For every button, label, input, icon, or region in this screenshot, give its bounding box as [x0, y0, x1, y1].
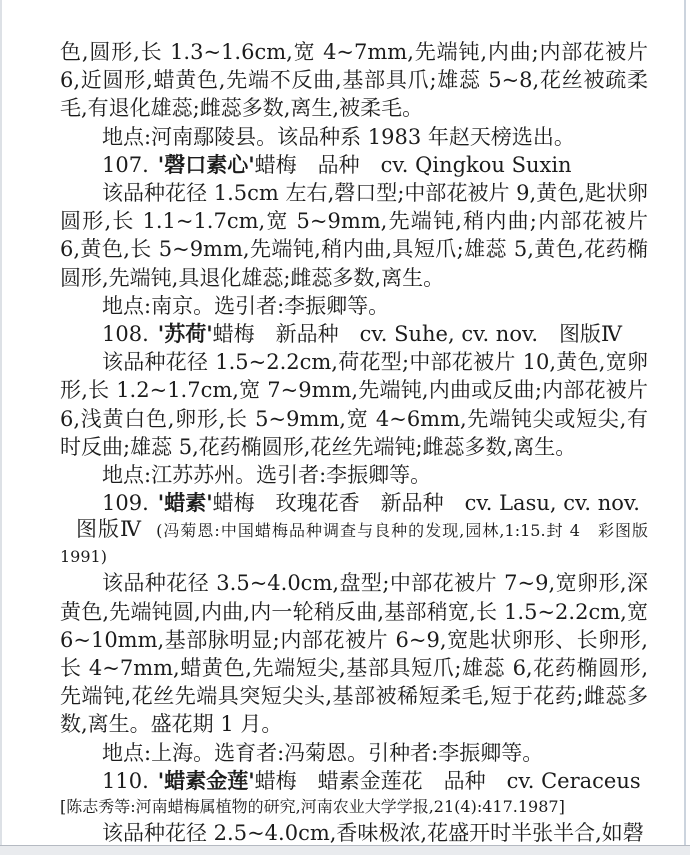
- heading-110-cultivar-name: '蜡素金莲': [158, 768, 255, 793]
- line-108-location: 地点:江苏苏州。选引者:李振卿等。: [60, 461, 648, 489]
- heading-108-title: 蜡梅 新品种 cv. Suhe, cv. nov. 图版Ⅳ: [213, 322, 622, 346]
- heading-108: 108.'苏荷'蜡梅 新品种 cv. Suhe, cv. nov. 图版Ⅳ: [60, 320, 648, 348]
- heading-107-cultivar-name: '磬口素心': [158, 152, 255, 177]
- paragraph-109-description: 该品种花径 3.5~4.0cm,盘型;中部花被片 7~9,宽卵形,深黄色,先端钝…: [60, 569, 648, 738]
- line-107-location: 地点:南京。选引者:李振卿等。: [60, 292, 648, 320]
- paragraph-106-continuation: 色,圆形,长 1.3~1.6cm,宽 4~7mm,先端钝,内曲;内部花被片 6,…: [60, 38, 648, 123]
- heading-107: 107.'磬口素心'蜡梅 品种 cv. Qingkou Suxin: [60, 151, 648, 179]
- heading-109-number: 109.: [102, 491, 149, 515]
- line-106-location: 地点:河南鄢陵县。该品种系 1983 年赵天榜选出。: [60, 123, 648, 151]
- line-109-location: 地点:上海。选育者:冯菊恩。引种者:李振卿等。: [60, 739, 648, 767]
- heading-108-cultivar-name: '苏荷': [158, 321, 213, 346]
- heading-110-number: 110.: [102, 769, 149, 793]
- heading-107-title: 蜡梅 品种 cv. Qingkou Suxin: [255, 153, 572, 177]
- page-text-block: 色,圆形,长 1.3~1.6cm,宽 4~7mm,先端钝,内曲;内部花被片 6,…: [60, 38, 648, 847]
- scanned-page: 色,圆形,长 1.3~1.6cm,宽 4~7mm,先端钝,内曲;内部花被片 6,…: [0, 0, 690, 855]
- page-right-edge: [684, 0, 686, 855]
- heading-110-title: 蜡梅 蜡素金莲花 品种 cv. Ceraceus: [255, 769, 641, 793]
- heading-110: 110.'蜡素金莲'蜡梅 蜡素金莲花 品种 cv. Ceraceus: [60, 767, 648, 795]
- paragraph-108-description: 该品种花径 1.5~2.2cm,荷花型;中部花被片 10,黄色,宽卵形,长 1.…: [60, 348, 648, 461]
- heading-109: 109.'蜡素'蜡梅 玫瑰花香 新品种 cv. Lasu, cv. nov.: [60, 489, 648, 517]
- paragraph-107-description: 该品种花径 1.5cm 左右,磬口型;中部花被片 9,黄色,匙状卵圆形,长 1.…: [60, 179, 648, 292]
- citation-109: (冯菊恩:中国蜡梅品种调查与良种的发现,园林,1:15.封 4 彩图版 1991…: [60, 521, 648, 566]
- paragraph-110-description-partial: 该品种花径 2.5~4.0cm,香味极浓,花盛开时半张半合,如磬: [60, 819, 648, 847]
- heading-109-cultivar-name: '蜡素': [158, 490, 213, 515]
- citation-110: [陈志秀等:河南蜡梅属植物的研究,河南农业大学学报,21(4):417.1987…: [60, 795, 648, 819]
- heading-107-number: 107.: [102, 153, 149, 177]
- plate-and-citation-109: 图版Ⅳ(冯菊恩:中国蜡梅品种调查与良种的发现,园林,1:15.封 4 彩图版 1…: [60, 517, 648, 569]
- plate-reference-109: 图版Ⅳ: [76, 517, 142, 541]
- page-bottom-edge: [0, 845, 690, 855]
- page-left-edge: [0, 0, 2, 855]
- heading-108-number: 108.: [102, 322, 149, 346]
- heading-109-title: 蜡梅 玫瑰花香 新品种 cv. Lasu, cv. nov.: [213, 491, 640, 515]
